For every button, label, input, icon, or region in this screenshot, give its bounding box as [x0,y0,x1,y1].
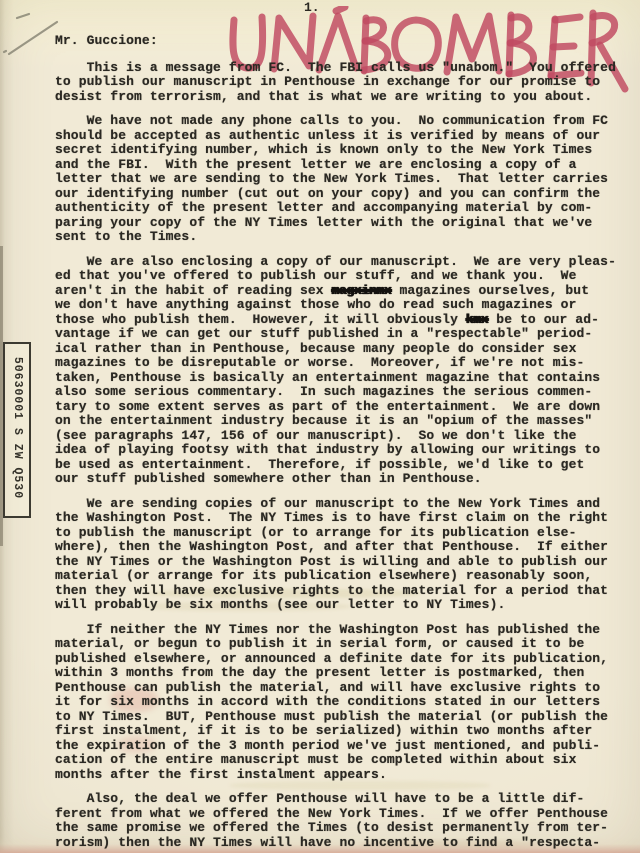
typewritten-line: the expiration of the 3 month period we'… [55,739,633,754]
typewritten-line: be used as entertainment. Therefore, if … [55,458,633,473]
typewritten-line: sent to the Times. [55,230,633,245]
typewritten-line: If neither the NY Times nor the Washingt… [55,623,633,638]
paragraph: We have not made any phone calls to you.… [55,114,633,245]
typewritten-line: We are sending copies of our manuscript … [55,497,633,512]
typewritten-line: material, or begun to publish it in seri… [55,637,633,652]
typewritten-line: Also, the deal we offer Penthouse will h… [55,792,633,807]
typewritten-line: and the FBI. With the present letter we … [55,158,633,173]
typewritten-line: we don't have anything against those who… [55,298,633,313]
typewritten-line: months after the first instalment appear… [55,768,633,783]
typewritten-line: We have not made any phone calls to you.… [55,114,633,129]
typewritten-line: to NY Times. BUT, Penthouse must publish… [55,710,633,725]
typewritten-line: letter that we are sending to the New Yo… [55,172,633,187]
typewritten-line: aren't in the habit of reading sex magxi… [55,284,633,299]
typewritten-line: ferent from what we offered the New York… [55,807,633,822]
typewritten-line: within 3 months from the day the present… [55,666,633,681]
letter-body: Mr. Guccione: This is a message from FC.… [55,34,633,853]
paragraph: We are also enclosing a copy of our manu… [55,255,633,487]
typewritten-line: published elsewhere, or announced a defi… [55,652,633,667]
typewritten-line: tary to some extent serves as part of th… [55,400,633,415]
typewritten-line: our identifying number (cut out on your … [55,187,633,202]
typewritten-line: (see paragraphs 147, 156 of our manuscri… [55,429,633,444]
typewritten-line: to publish the manuscript (or to arrange… [55,526,633,541]
typewritten-line: secret identifying number, which is know… [55,143,633,158]
typewritten-line: idea of playing footsy with that industr… [55,443,633,458]
file-label-box: 50630001 S ZW Q530 [3,342,31,518]
typewritten-line: ical rather than in Penthouse, because m… [55,342,633,357]
typewritten-line: magazines to be disreputable or worse. M… [55,356,633,371]
typewritten-line: then they will have exclusive rights to … [55,584,633,599]
typewritten-line: We are also enclosing a copy of our manu… [55,255,633,270]
typewritten-line: should be accepted as authentic unless i… [55,129,633,144]
typewritten-line: the same promise we offered the Times (t… [55,821,633,836]
overstruck-word: kmx [466,312,489,327]
file-label-text: 50630001 S ZW Q530 [5,344,29,512]
typewritten-line: will probably be six months (see our let… [55,598,633,613]
typewritten-line: paring your copy of the NY Times letter … [55,216,633,231]
typewritten-line: on the entertainment industry because it… [55,414,633,429]
paragraph: Also, the deal we offer Penthouse will h… [55,792,633,850]
typewritten-line: rorism) then the NY Times will have no i… [55,836,633,851]
typewritten-line: Penthouse can publish the material, and … [55,681,633,696]
typewritten-line: where), then the Washington Post, and af… [55,540,633,555]
overstruck-word: magxinmx [332,283,392,298]
paragraph: We are sending copies of our manuscript … [55,497,633,613]
typewritten-line: This is a message from FC. The FBI calls… [55,61,633,76]
typewritten-line: desist from terrorism, and that is what … [55,90,633,105]
letter-page: 1. UNABOMBER [0,0,640,853]
typewritten-line: to publish our manuscript in Penthouse i… [55,75,633,90]
typewritten-line: vantage if we can get our stuff publishe… [55,327,633,342]
typewritten-line: the Washington Post. The NY Times is to … [55,511,633,526]
typewritten-line: also some serious commentary. In such ma… [55,385,633,400]
paragraph: This is a message from FC. The FBI calls… [55,61,633,105]
typewritten-line: taken, Penthouse is basically an enterta… [55,371,633,386]
typewritten-line: ed that you've offered to publish our st… [55,269,633,284]
typewritten-line: it for six months in accord with the con… [55,695,633,710]
typewritten-line: our stuff published somewhere other than… [55,472,633,487]
typewritten-line: authenticity of the present letter and a… [55,201,633,216]
typewritten-line: cation of the entire manuscript must be … [55,753,633,768]
typewritten-line: those who publish them. However, it will… [55,313,633,328]
typewritten-line: material (or arrange for its publication… [55,569,633,584]
typewritten-line: the NY Times or the Washington Post is w… [55,555,633,570]
salutation: Mr. Guccione: [55,34,633,49]
paragraph: If neither the NY Times nor the Washingt… [55,623,633,783]
typewritten-line: first instalment, if it is to be seriali… [55,724,633,739]
